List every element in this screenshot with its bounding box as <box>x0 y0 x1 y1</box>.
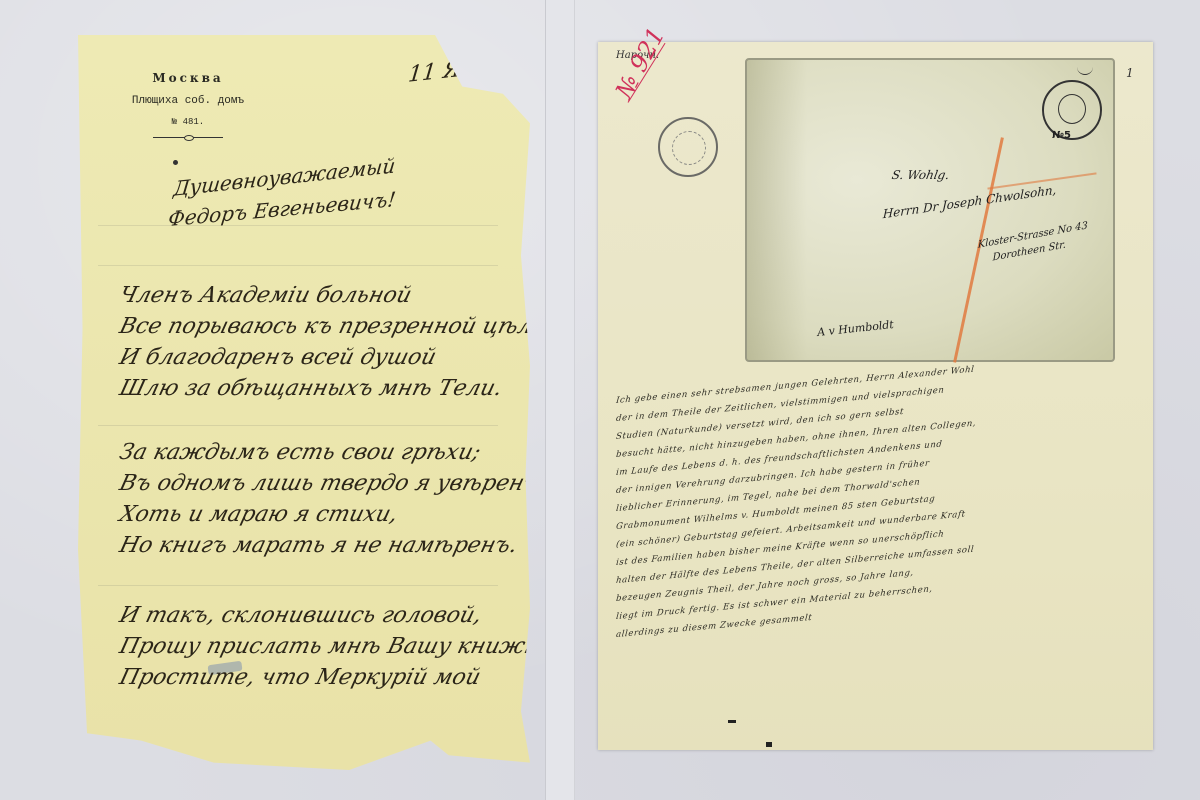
envelope-stain <box>747 60 807 360</box>
library-stamp-icon <box>658 117 718 177</box>
postmark-icon <box>1042 80 1102 140</box>
envelope: №5 S. Wohlg. Herrn Dr Joseph Chwolsohn, … <box>745 58 1115 362</box>
poem-line: Но книгъ марать я не намѣренъ. <box>116 530 550 561</box>
ink-speck <box>766 742 772 747</box>
ruled-line <box>98 425 498 426</box>
poem-line: И такъ, склонившись головой, <box>116 600 554 631</box>
letterhead-street: Плющиха соб. домъ <box>108 95 268 107</box>
envelope-signature: A v Humboldt <box>817 318 895 339</box>
poem-line: За каждымъ есть свои грѣхи; <box>116 437 550 468</box>
poem-line: Прошу прислать мнѣ Вашу книжку <box>116 631 554 662</box>
poem-line: Въ одномъ лишь твердо я увѣренъ: <box>116 468 550 499</box>
inventory-number: № 921 <box>610 23 670 103</box>
letterhead-number: № 481. <box>108 117 268 127</box>
poem-line: Членъ Академіи больной <box>116 280 557 311</box>
letter-body: Ich gebe einen sehr strebsamen jungen Ge… <box>616 392 1141 644</box>
poem-stanza: За каждымъ есть свои грѣхи; Въ одномъ ли… <box>120 437 546 561</box>
poem-stanza: И такъ, склонившись головой, Прошу присл… <box>120 600 551 693</box>
russian-letter: Москва Плющиха соб. домъ № 481. 11 Январ… <box>78 35 530 770</box>
poem-line: Хоть и мараю я стихи, <box>116 499 550 530</box>
page-number: 1 <box>1126 66 1134 80</box>
german-letter-sheet: Нарочн. № 921 1 №5 S. Wohlg. Herrn Dr Jo… <box>598 42 1153 750</box>
poem-line: Все порываюсь къ презренной цѣли, <box>116 311 557 342</box>
ruled-line <box>98 585 498 586</box>
pencil-mark <box>1077 64 1093 75</box>
poem-line: Шлю за обѣщанныхъ мнѣ Тели. <box>116 373 557 404</box>
poem-line: И благодаренъ всей душой <box>116 342 557 373</box>
letter-date: 11 Январ <box>407 51 516 88</box>
envelope-address-line: Herrn Dr Joseph Chwolsohn, <box>883 183 1057 222</box>
poem-line: Простите, что Меркурій мой <box>116 662 554 693</box>
letterhead-city: Москва <box>108 71 268 85</box>
ornament-divider <box>153 137 223 138</box>
postmark-number: №5 <box>1052 130 1071 141</box>
ink-speck <box>728 720 736 723</box>
ink-dot <box>173 160 178 165</box>
envelope-address-line: S. Wohlg. <box>891 168 951 182</box>
ruled-line <box>98 225 498 226</box>
ruled-line <box>98 265 498 266</box>
poem-stanza: Членъ Академіи больной Все порываюсь къ … <box>120 280 553 404</box>
tissue-divider <box>545 0 575 800</box>
letterhead: Москва Плющиха соб. домъ № 481. <box>108 71 268 138</box>
